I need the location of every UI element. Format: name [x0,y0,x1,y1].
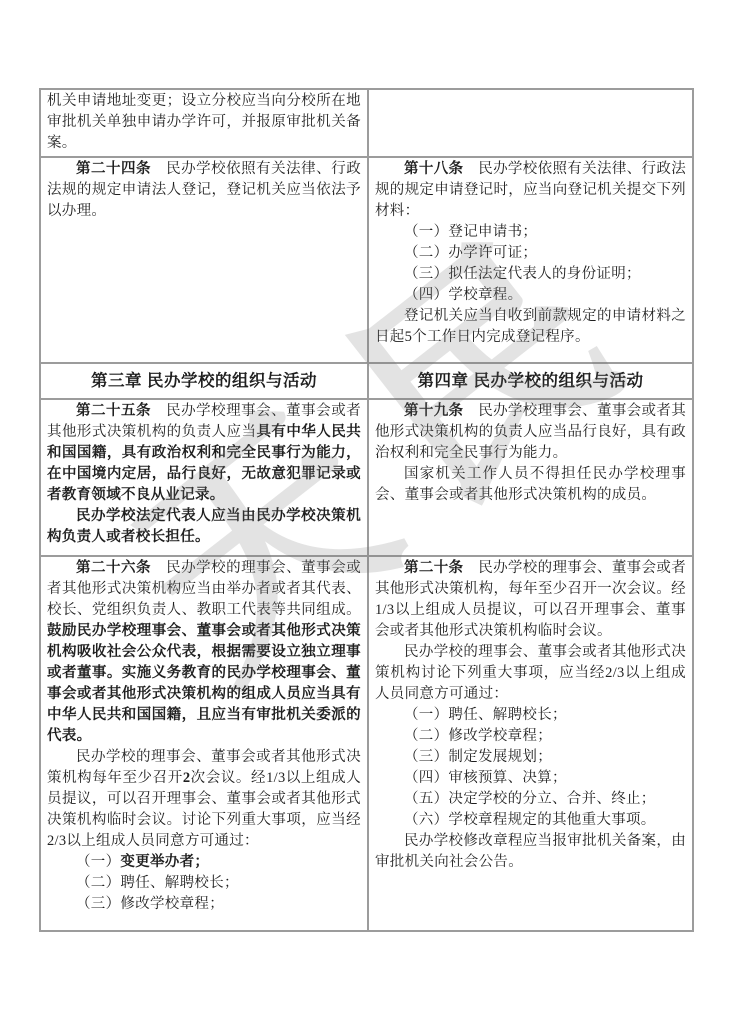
paragraph: 民办学校修改章程应当报审批机关备案，由审批机关向社会公告。 [375,831,686,873]
paragraph: 第二十五条 民办学校理事会、董事会或者其他形式决策机构的负责人应当具有中华人民共… [47,401,361,506]
paragraph: 第十八条 民办学校依照有关法律、行政法规的规定申请登记时，应当向登记机关提交下列… [375,159,686,222]
bold-text-run: 第二十四条 [76,161,151,177]
comparison-table: 机关申请地址变更；设立分校应当向分校所在地审批机关单独申请办学许可，并报原审批机… [39,88,694,932]
table-cell-1-0: 第二十四条 民办学校依照有关法律、行政法规的规定申请法人登记，登记机关应当依法予… [40,157,368,363]
paragraph: （一）登记申请书； [375,222,686,243]
table-cell-1-1: 第十八条 民办学校依照有关法律、行政法规的规定申请登记时，应当向登记机关提交下列… [368,157,693,363]
text-run: （三）修改学校章程； [76,896,224,912]
text-run: （一） [76,854,120,870]
bold-text-run: 第二十五条 [76,403,151,419]
bold-text-run: 民办学校法定代表人应当由民办学校决策机构负责人或者校长担任。 [47,508,361,545]
bold-text-run: 第四章 民办学校的组织与活动 [417,372,643,390]
paragraph: 机关申请地址变更；设立分校应当向分校所在地审批机关单独申请办学许可，并报原审批机… [47,91,361,154]
text-run: （二）聘任、解聘校长； [76,875,239,891]
text-run: （一）登记申请书； [404,224,537,240]
bold-text-run: 第二十六条 [76,560,151,576]
table-row: 机关申请地址变更；设立分校应当向分校所在地审批机关单独申请办学许可，并报原审批机… [40,89,693,157]
bold-text-run: 第十九条 [404,403,463,419]
text-run: （二）修改学校章程； [404,728,552,744]
text-run: （五）决定学校的分立、合并、终止； [404,791,656,807]
paragraph: 国家机关工作人员不得担任民办学校理事会、董事会或者其他形式决策机构的成员。 [375,464,686,506]
table-cell-3-0: 第二十五条 民办学校理事会、董事会或者其他形式决策机构的负责人应当具有中华人民共… [40,399,368,556]
paragraph: （五）决定学校的分立、合并、终止； [375,789,686,810]
table-cell-0-0: 机关申请地址变更；设立分校应当向分校所在地审批机关单独申请办学许可，并报原审批机… [40,89,368,157]
paragraph: （三）修改学校章程； [47,894,361,915]
paragraph: （一）变更举办者； [47,852,361,873]
paragraph: （二）修改学校章程； [375,726,686,747]
chapter-header-row: 第三章 民办学校的组织与活动第四章 民办学校的组织与活动 [40,363,693,399]
bold-text-run: 第十八条 [404,161,463,177]
table-cell-4-0: 第二十六条 民办学校的理事会、董事会或者其他形式决策机构应当由举办者或者其代表、… [40,556,368,931]
paragraph: （三）拟任法定代表人的身份证明； [375,264,686,285]
table-row: 第二十四条 民办学校依照有关法律、行政法规的规定申请法人登记，登记机关应当依法予… [40,157,693,363]
chapter-heading: 第三章 民办学校的组织与活动 [47,366,361,396]
paragraph: （六）学校章程规定的其他重大事项。 [375,810,686,831]
text-run: （二）办学许可证； [404,245,537,261]
page: { "watermark": { "text": "天民", "color": … [0,0,730,1033]
paragraph: （一）聘任、解聘校长； [375,705,686,726]
table-cell-2-1: 第四章 民办学校的组织与活动 [368,363,693,399]
paragraph: 第二十六条 民办学校的理事会、董事会或者其他形式决策机构应当由举办者或者其代表、… [47,558,361,747]
paragraph: 第二十四条 民办学校依照有关法律、行政法规的规定申请法人登记，登记机关应当依法予… [47,159,361,222]
table-body: 机关申请地址变更；设立分校应当向分校所在地审批机关单独申请办学许可，并报原审批机… [40,89,693,931]
paragraph: 第二十条 民办学校的理事会、董事会或者其他形式决策机构，每年至少召开一次会议。经… [375,558,686,642]
table-cell-4-1: 第二十条 民办学校的理事会、董事会或者其他形式决策机构，每年至少召开一次会议。经… [368,556,693,931]
text-run: （四）学校章程。 [404,287,522,303]
text-run: 登记机关应当自收到前款规定的申请材料之日起5个工作日内完成登记程序。 [375,308,686,345]
text-run: 国家机关工作人员不得担任民办学校理事会、董事会或者其他形式决策机构的成员。 [375,466,686,503]
paragraph: 登记机关应当自收到前款规定的申请材料之日起5个工作日内完成登记程序。 [375,306,686,348]
text-run: （三）拟任法定代表人的身份证明； [404,266,641,282]
table-cell-2-0: 第三章 民办学校的组织与活动 [40,363,368,399]
table-row: 第二十六条 民办学校的理事会、董事会或者其他形式决策机构应当由举办者或者其代表、… [40,556,693,931]
paragraph: （二）办学许可证； [375,243,686,264]
table-row: 第二十五条 民办学校理事会、董事会或者其他形式决策机构的负责人应当具有中华人民共… [40,399,693,556]
paragraph: （二）聘任、解聘校长； [47,873,361,894]
document-page: 天民 机关申请地址变更；设立分校应当向分校所在地审批机关单独申请办学许可，并报原… [0,0,730,1033]
paragraph: 民办学校的理事会、董事会或者其他形式决策机构每年至少召开2次会议。经1/3以上组… [47,747,361,852]
bold-text-run: 鼓励民办学校理事会、董事会或者其他形式决策机构吸收社会公众代表，根据需要设立独立… [47,623,361,744]
paragraph: （四）学校章程。 [375,285,686,306]
table-cell-0-1 [368,89,693,157]
paragraph: （三）制定发展规划； [375,747,686,768]
text-run: （六）学校章程规定的其他重大事项。 [404,812,656,828]
text-run: （一）聘任、解聘校长； [404,707,567,723]
text-run: 民办学校修改章程应当报审批机关备案，由审批机关向社会公告。 [375,833,686,870]
paragraph: 民办学校法定代表人应当由民办学校决策机构负责人或者校长担任。 [47,506,361,548]
paragraph: （四）审核预算、决算； [375,768,686,789]
text-run: （三）制定发展规划； [404,749,552,765]
table-cell-3-1: 第十九条 民办学校理事会、董事会或者其他形式决策机构的负责人应当品行良好，具有政… [368,399,693,556]
paragraph: 民办学校的理事会、董事会或者其他形式决策机构讨论下列重大事项，应当经2/3以上组… [375,642,686,705]
chapter-heading: 第四章 民办学校的组织与活动 [375,366,686,396]
bold-text-run: 第二十条 [404,560,463,576]
text-run: （四）审核预算、决算； [404,770,567,786]
text-run: 民办学校的理事会、董事会或者其他形式决策机构讨论下列重大事项，应当经2/3以上组… [375,644,686,702]
bold-text-run: 第三章 民办学校的组织与活动 [91,372,317,390]
bold-text-run: 变更举办者； [120,854,209,870]
paragraph: 第十九条 民办学校理事会、董事会或者其他形式决策机构的负责人应当品行良好，具有政… [375,401,686,464]
text-run: 机关申请地址变更；设立分校应当向分校所在地审批机关单独申请办学许可，并报原审批机… [47,93,361,151]
